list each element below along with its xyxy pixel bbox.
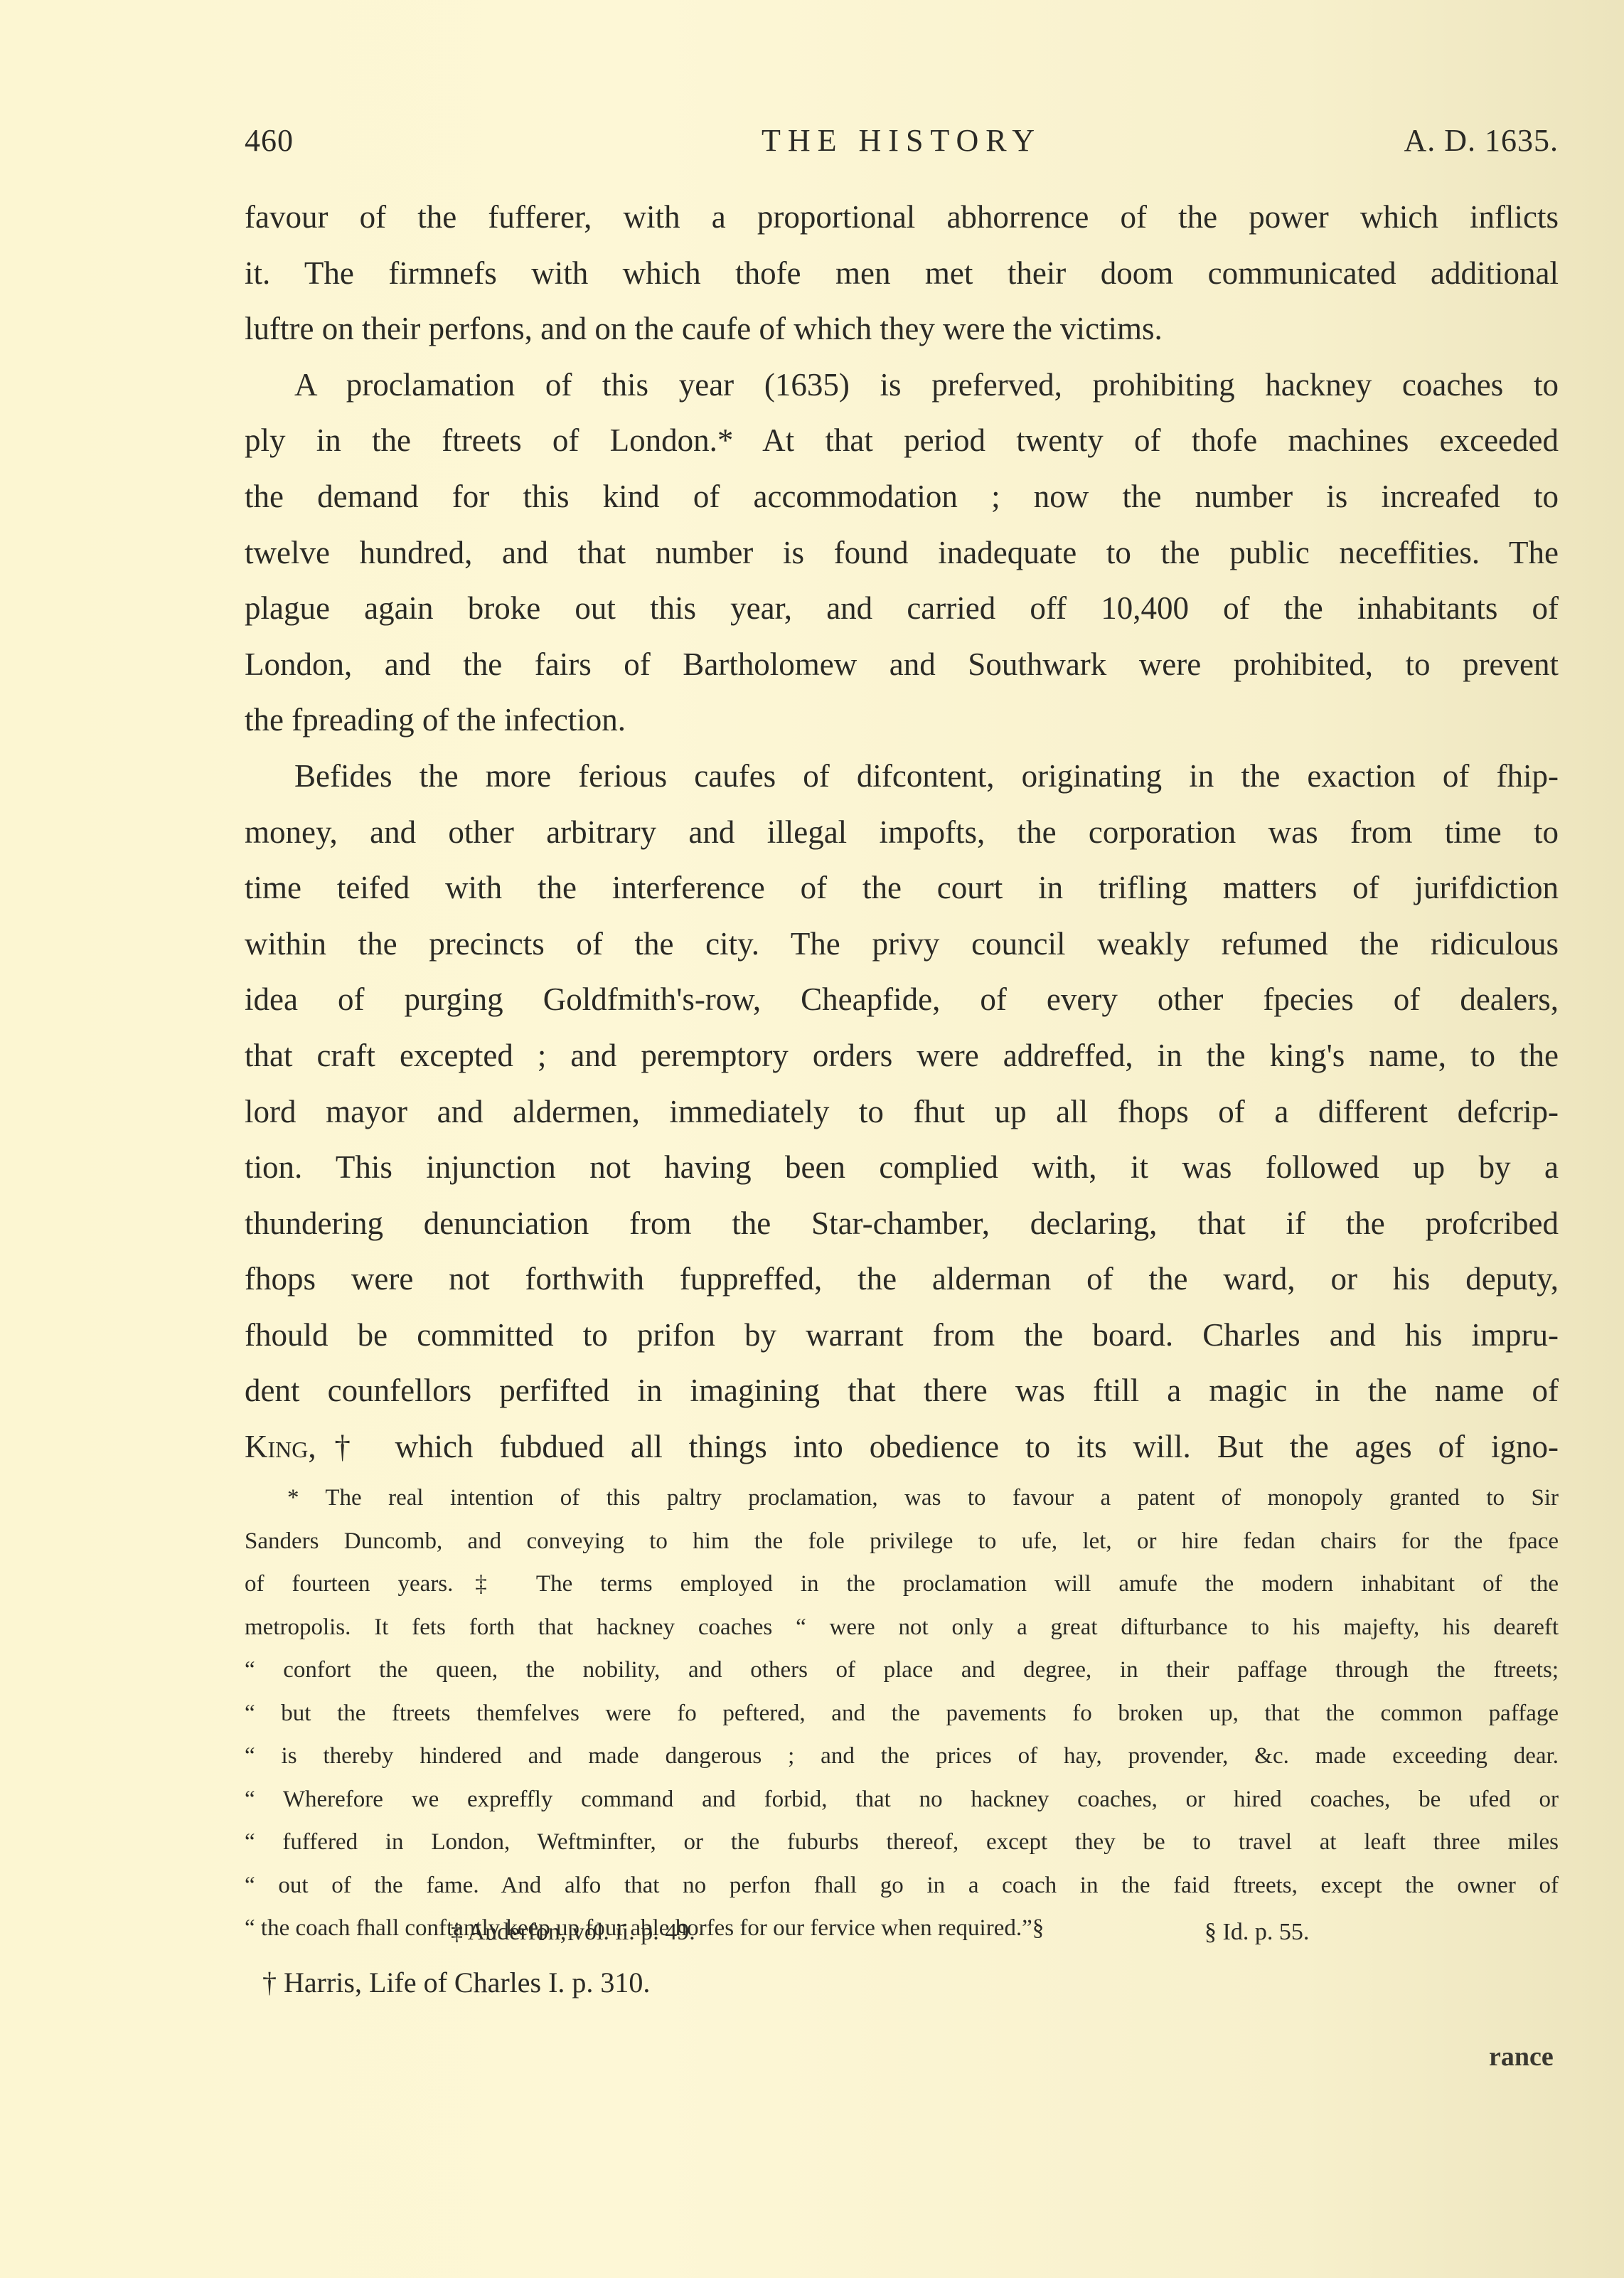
- text-line: plague again broke out this year, and ca…: [245, 580, 1559, 637]
- text-line: idea of purging Goldfmith's-row, Cheapfi…: [245, 972, 1559, 1028]
- footnote-line: Sanders Duncomb, and conveying to him th…: [245, 1520, 1559, 1563]
- footnote-line: “ fuffered in London, Weftminfter, or th…: [245, 1821, 1559, 1864]
- reference-id: § Id. p. 55.: [1204, 1919, 1309, 1946]
- text-line: favour of the fufferer, with a proportio…: [245, 189, 1559, 245]
- text-line: A proclamation of this year (1635) is pr…: [245, 357, 1559, 413]
- footnote-line: “ the coach fhall conftantly keep up fou…: [245, 1907, 1559, 1950]
- text-line: thundering denunciation from the Star-ch…: [245, 1196, 1559, 1252]
- text-line: lord mayor and aldermen, immediately to …: [245, 1084, 1559, 1140]
- running-date: A. D. 1635.: [1404, 122, 1559, 159]
- text-line: fhould be committed to prifon by warrant…: [245, 1307, 1559, 1363]
- dagger-mark: †: [316, 1429, 369, 1464]
- text-line: the demand for this kind of accommodatio…: [245, 469, 1559, 525]
- text-line: dent counfellors perfifted in imagining …: [245, 1363, 1559, 1419]
- body-text: favour of the fufferer, with a proportio…: [245, 189, 1559, 1475]
- text-line: time teifed with the interference of the…: [245, 860, 1559, 916]
- footnote-line: “ but the ftreets themfelves were fo pef…: [245, 1692, 1559, 1735]
- footnote-line: “ out of the fame. And alfo that no perf…: [245, 1864, 1559, 1907]
- text-line: that craft excepted ; and peremptory ord…: [245, 1028, 1559, 1084]
- text-line: money, and other arbitrary and illegal i…: [245, 804, 1559, 861]
- running-title: THE HISTORY: [245, 122, 1559, 159]
- text-line-rest: which fubdued all things into obedience …: [395, 1429, 1559, 1464]
- footnote-line: metropolis. It fets forth that hackney c…: [245, 1606, 1559, 1649]
- footnotes: * The real intention of this paltry proc…: [245, 1476, 1559, 1950]
- reference-anderson: ‡ Anderfon, vol. ii. p. 49.: [451, 1919, 695, 1946]
- king-word: King,: [245, 1429, 316, 1464]
- text-line: twelve hundred, and that number is found…: [245, 525, 1559, 581]
- running-head: 460 THE HISTORY A. D. 1635.: [245, 122, 1559, 165]
- text-line: it. The firmnefs with which thofe men me…: [245, 245, 1559, 302]
- text-line: ply in the ftreets of London.* At that p…: [245, 413, 1559, 469]
- catchword: rance: [1489, 2041, 1554, 2072]
- text-line: within the precincts of the city. The pr…: [245, 916, 1559, 972]
- text-line: Befides the more ferious caufes of difco…: [245, 748, 1559, 804]
- reference-harris: † Harris, Life of Charles I. p. 310.: [262, 1966, 650, 1999]
- footnote-line: of fourteen years.‡ The terms employed i…: [245, 1563, 1559, 1606]
- text-line: fhops were not forthwith fuppreffed, the…: [245, 1251, 1559, 1307]
- footnote-line: “ confort the queen, the nobility, and o…: [245, 1649, 1559, 1692]
- text-line: luftre on their perfons, and on the cauf…: [245, 301, 1559, 357]
- text-line: the fpreading of the infection.: [245, 692, 1559, 748]
- text-line: King,† which fubdued all things into obe…: [245, 1419, 1559, 1475]
- footnote-line: “ is thereby hindered and made dangerous…: [245, 1735, 1559, 1778]
- footnote-line: “ Wherefore we expreffly command and for…: [245, 1778, 1559, 1821]
- text-line: London, and the fairs of Bartholomew and…: [245, 637, 1559, 693]
- footnote-line: * The real intention of this paltry proc…: [245, 1476, 1559, 1520]
- text-line: tion. This injunction not having been co…: [245, 1139, 1559, 1196]
